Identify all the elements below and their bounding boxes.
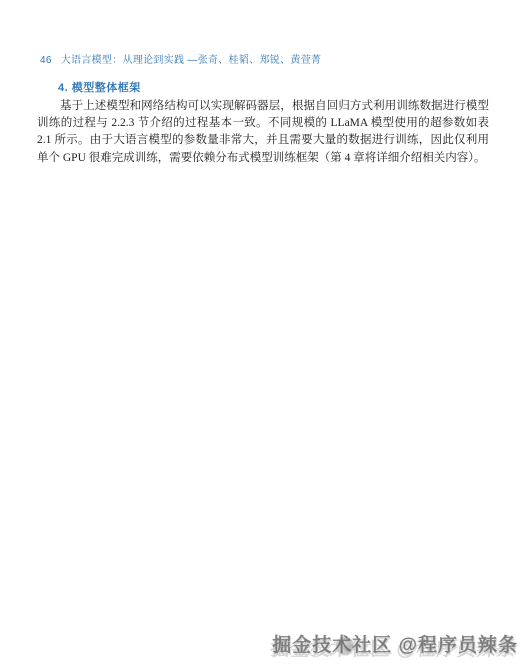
document-page: 46大语言模型：从理论到实践 —张奇、桂韬、郑锐、黄萱菁 4. 模型整体框架 基…	[0, 0, 525, 667]
watermark: 掘金技术社区 @程序员辣条 掘金技术社区 @程序员辣条	[272, 630, 518, 660]
page-number: 46	[40, 55, 52, 66]
section-heading: 4. 模型整体框架	[58, 79, 141, 95]
page-header: 46大语言模型：从理论到实践 —张奇、桂韬、郑锐、黄萱菁	[40, 51, 321, 66]
watermark-text: 掘金技术社区 @程序员辣条	[272, 635, 518, 656]
body-paragraph: 基于上述模型和网络结构可以实现解码器层，根据自回归方式利用训练数据进行模型训练的…	[37, 98, 489, 167]
book-title: 大语言模型：从理论到实践 —张奇、桂韬、郑锐、黄萱菁	[61, 55, 322, 66]
